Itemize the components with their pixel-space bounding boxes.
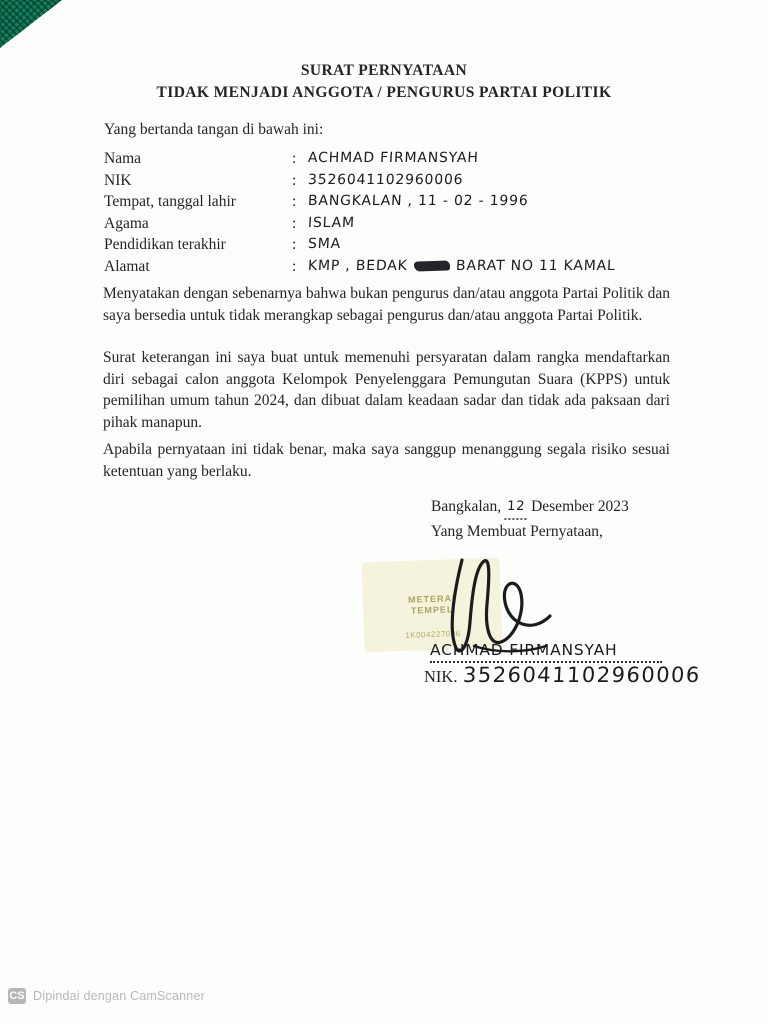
paragraph-consequence: Apabila pernyataan ini tidak benar, maka… [103,439,670,482]
paragraph-statement: Menyatakan dengan sebenarnya bahwa bukan… [103,283,670,326]
field-value-handwritten: BARAT NO 11 KAMAL [455,258,615,274]
field-label: Pendidikan terakhir [104,236,292,254]
field-row-nik: NIK : 3526041102960006 [104,172,676,194]
field-value-handwritten: ISLAM [308,215,356,231]
camscanner-watermark-text: Dipindai dengan CamScanner [33,989,205,1003]
field-label: Nama [104,150,292,168]
field-label: Tempat, tanggal lahir [104,193,292,211]
field-colon: : [292,172,308,190]
letter-title-block: SURAT PERNYATAAN TIDAK MENJADI ANGGOTA /… [0,60,768,104]
field-value-handwritten: ACHMAD FIRMANSYAH [308,150,479,166]
paragraph-purpose: Surat keterangan ini saya buat untuk mem… [103,347,670,434]
camscanner-logo-icon: CS [8,988,26,1004]
intro-line: Yang bertanda tangan di bawah ini: [104,121,323,139]
field-colon: : [292,258,308,276]
letter-title-line1: SURAT PERNYATAAN [0,60,768,82]
closing-place: Bangkalan, [431,498,501,515]
field-colon: : [292,193,308,211]
nik-label: NIK. [424,667,457,687]
signatory-name-handwritten: ACHMAD FIRMANSYAH [430,641,617,659]
signatory-nik-line: NIK. 3526041102960006 [424,663,701,687]
field-value-handwritten: BANGKALAN , 11 - 02 - 1996 [308,193,529,209]
closing-day-handwritten: 12 [504,496,527,520]
signatory-name-line: ACHMAD FIRMANSYAH [430,641,662,663]
field-label: Agama [104,215,292,233]
closing-block: Bangkalan, 12 Desember 2023 Yang Membuat… [431,496,629,543]
field-value-handwritten: KMP , BEDAK [308,258,408,274]
field-colon: : [292,150,308,168]
field-value-handwritten: 3526041102960006 [308,172,464,188]
field-row-nama: Nama : ACHMAD FIRMANSYAH [104,150,676,172]
closing-date-rest: Desember 2023 [531,498,629,515]
letter-title-line2: TIDAK MENJADI ANGGOTA / PENGURUS PARTAI … [0,82,768,104]
closing-date-line: Bangkalan, 12 Desember 2023 [431,496,629,521]
nik-value-handwritten: 3526041102960006 [463,663,702,687]
field-row-agama: Agama : ISLAM [104,215,676,237]
closing-sign-label: Yang Membuat Pernyataan, [431,521,629,543]
field-row-alamat: Alamat : KMP , BEDAK BARAT NO 11 KAMAL [104,258,676,280]
field-colon: : [292,236,308,254]
field-row-pendidikan: Pendidikan terakhir : SMA [104,236,676,258]
field-value-handwritten: SMA [308,236,342,252]
field-row-tempat-tanggal-lahir: Tempat, tanggal lahir : BANGKALAN , 11 -… [104,193,676,215]
field-label: Alamat [104,258,292,276]
field-colon: : [292,215,308,233]
crossed-out-word [413,260,449,271]
scan-background-corner [0,0,62,48]
field-label: NIK [104,172,292,190]
scanned-document-page: { "document": { "title_line1": "SURAT PE… [0,0,768,1024]
identity-fields: Nama : ACHMAD FIRMANSYAH NIK : 352604110… [104,150,676,279]
camscanner-watermark: CS Dipindai dengan CamScanner [8,988,205,1004]
